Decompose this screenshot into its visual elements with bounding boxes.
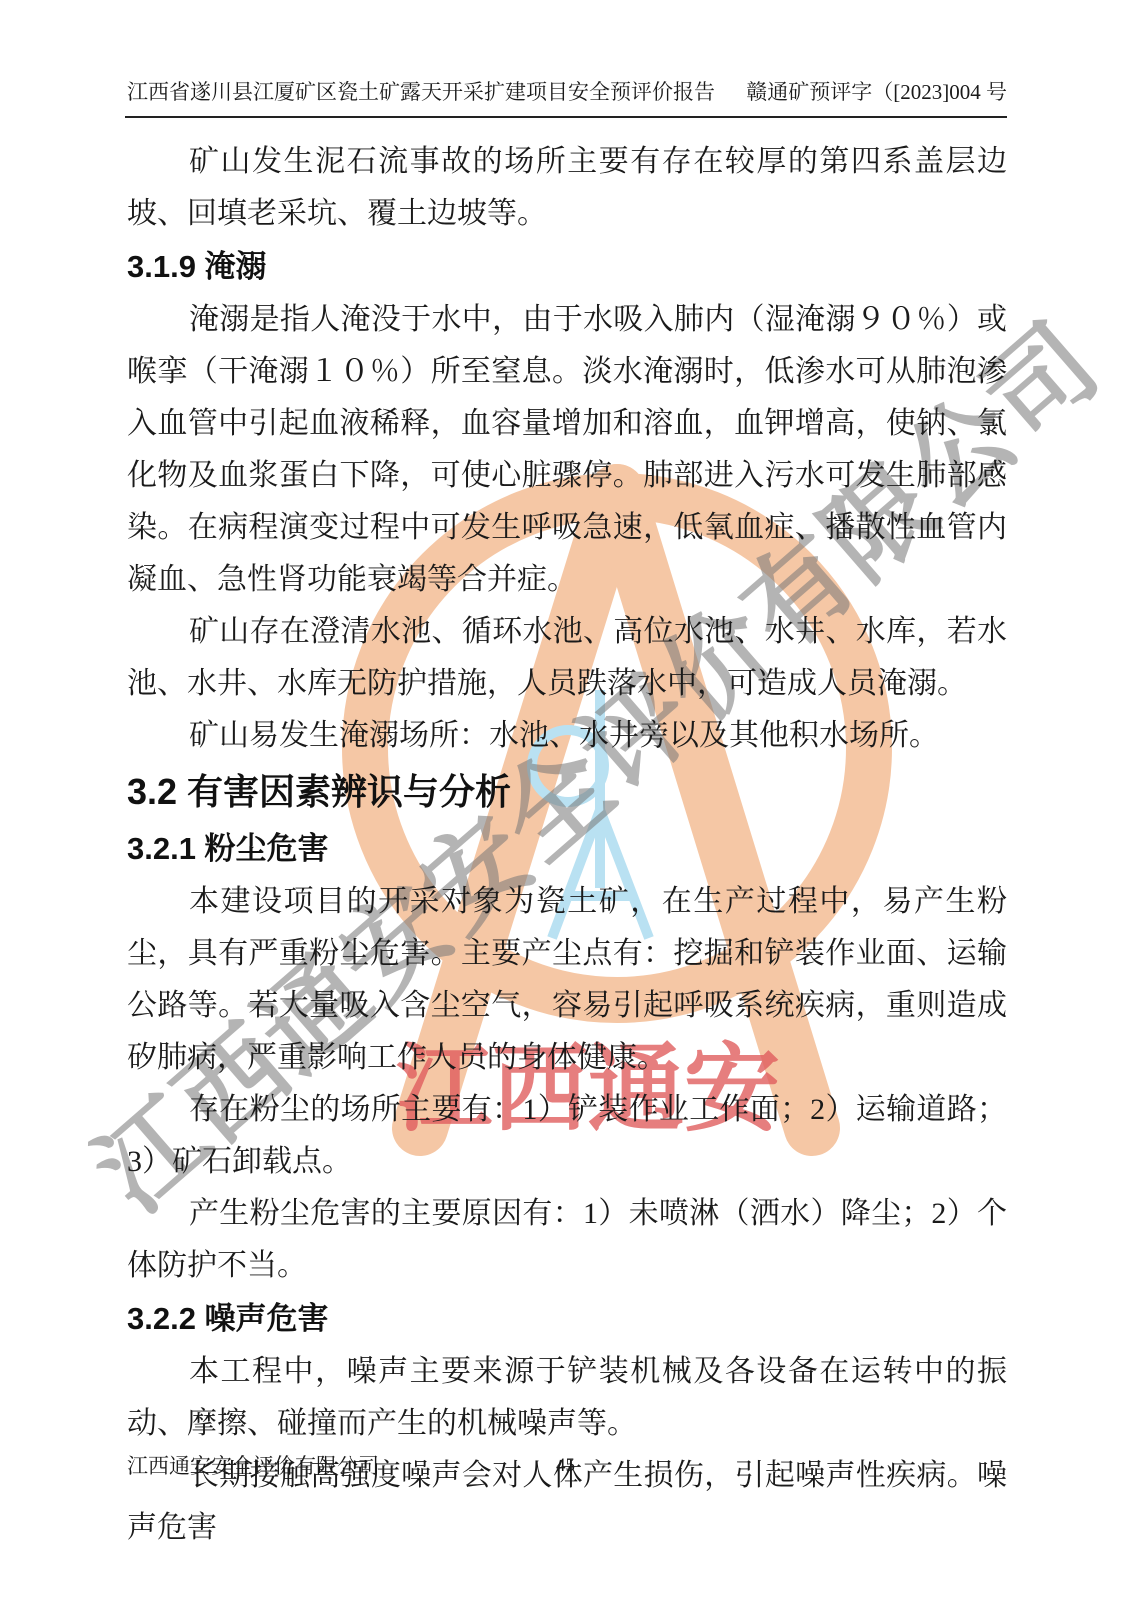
page-number: 45 xyxy=(556,1452,575,1480)
paragraph: 本工程中，噪声主要来源于铲装机械及各设备在运转中的振动、摩擦、碰撞而产生的机械噪… xyxy=(127,1346,1007,1450)
paragraph: 产生粉尘危害的主要原因有：1）未喷淋（洒水）降尘；2）个体防护不当。 xyxy=(127,1188,1007,1292)
section-heading: 3.2 有害因素辨识与分析 xyxy=(127,762,1007,822)
section-heading: 3.2.2 噪声危害 xyxy=(127,1292,1007,1346)
page-footer: 江西通安安全评价有限公司 45 xyxy=(127,1452,1004,1480)
document-page: 江西通安安全评价有限公司 江西通安 江西省遂川县江厦矿区瓷土矿露天开采扩建项目安… xyxy=(0,0,1131,1600)
paragraph: 矿山发生泥石流事故的场所主要有存在较厚的第四系盖层边坡、回填老采坑、覆土边坡等。 xyxy=(127,136,1007,240)
header-doc-number: 赣通矿预评字（[2023]004 号 xyxy=(746,78,1007,106)
paragraph: 矿山易发生淹溺场所：水池、水井旁以及其他积水场所。 xyxy=(127,710,1007,762)
header-report-title: 江西省遂川县江厦矿区瓷土矿露天开采扩建项目安全预评价报告 xyxy=(127,78,715,106)
footer-company: 江西通安安全评价有限公司 xyxy=(127,1454,379,1478)
section-heading: 3.2.1 粉尘危害 xyxy=(127,822,1007,876)
paragraph: 本建设项目的开采对象为瓷土矿，在生产过程中，易产生粉尘，具有严重粉尘危害。主要产… xyxy=(127,876,1007,1084)
paragraph: 存在粉尘的场所主要有：1）铲装作业工作面；2）运输道路；3）矿石卸载点。 xyxy=(127,1084,1007,1188)
paragraph: 矿山存在澄清水池、循环水池、高位水池、水井、水库，若水池、水井、水库无防护措施，… xyxy=(127,606,1007,710)
section-heading: 3.1.9 淹溺 xyxy=(127,240,1007,294)
page-header: 江西省遂川县江厦矿区瓷土矿露天开采扩建项目安全预评价报告 赣通矿预评字（[202… xyxy=(127,78,1007,106)
paragraph: 淹溺是指人淹没于水中，由于水吸入肺内（湿淹溺９０％）或喉挛（干淹溺１０％）所至窒… xyxy=(127,294,1007,606)
document-content: 矿山发生泥石流事故的场所主要有存在较厚的第四系盖层边坡、回填老采坑、覆土边坡等。… xyxy=(127,136,1007,1554)
header-divider xyxy=(125,116,1007,118)
